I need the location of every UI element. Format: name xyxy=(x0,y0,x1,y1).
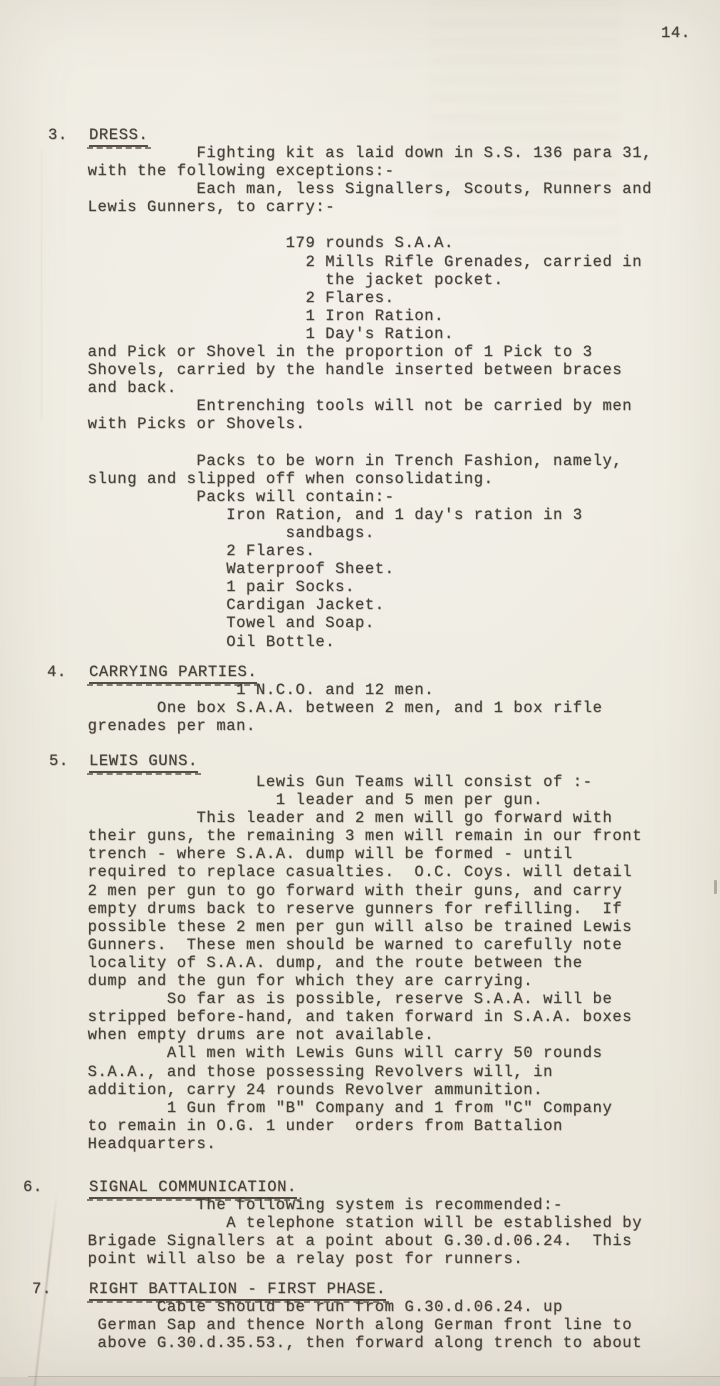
section-body: Fighting kit as laid down in S.S. 136 pa… xyxy=(48,144,652,651)
section-number: 6. xyxy=(23,1178,43,1196)
paper-crease-line-faint xyxy=(41,150,42,420)
section-number: 3. xyxy=(48,126,68,144)
section-body: Lewis Gun Teams will consist of :- 1 lea… xyxy=(48,773,642,1153)
page-bottom-edge xyxy=(28,1376,720,1377)
section-number: 4. xyxy=(47,663,67,681)
section-body: The following system is recommended:- A … xyxy=(48,1196,642,1268)
document-page: 14. 3. DRESS. Fighting kit as laid down … xyxy=(0,0,720,1386)
section-body: 1 N.C.O. and 12 men. One box S.A.A. betw… xyxy=(48,681,602,735)
section-body: Cable should be run from G.30.d.06.24. u… xyxy=(48,1298,642,1352)
section-number: 5. xyxy=(49,752,69,770)
page-bottom-shadow xyxy=(0,1377,720,1386)
page-number: 14. xyxy=(661,24,691,42)
margin-ink-mark xyxy=(714,880,717,894)
section-heading: LEWIS GUNS. xyxy=(89,752,198,773)
section-number: 7. xyxy=(32,1280,52,1298)
